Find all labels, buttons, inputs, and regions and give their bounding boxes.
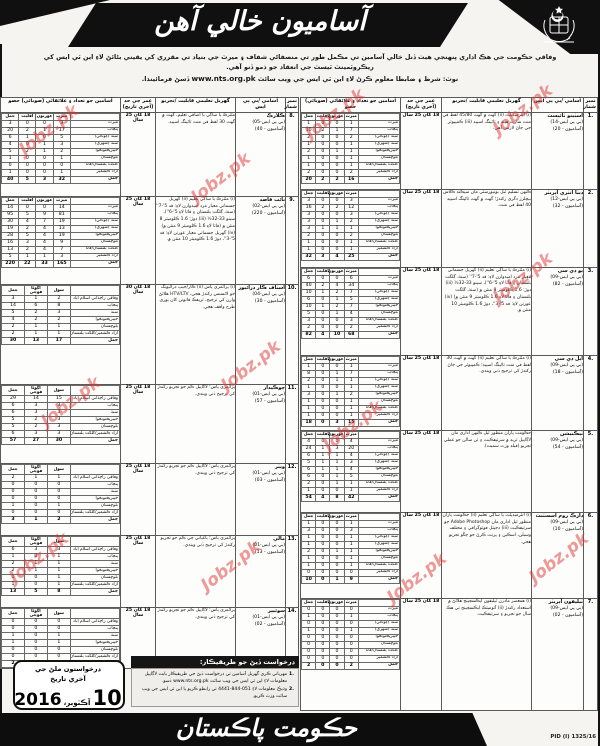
region-label-cell: ميرٽ [358,120,399,127]
intro-line-2: ريڪروٽمينٽ ٽيسٽ جي انعقاد جو ذمو ڏنو آهي… [8,62,592,72]
quota-value-cell: 14 [2,302,25,309]
quota-value-cell: 2 [53,148,70,155]
job-bps: (بي پي ايس-09) [532,438,583,445]
quota-column-header: عورتون [330,113,344,120]
quota-value-cell: 1 [330,127,344,134]
quota-value-cell: 2 [344,662,358,669]
quota-data-row: سنڌ (شهري)3104 [2,141,120,148]
quota-data-row: سنڌ (ڳوٺاڻي)2002 [302,134,400,141]
quota-data-row: خيبرپختونخوا194528 [2,232,120,239]
region-label-cell: سنڌ (شهري) [358,296,399,303]
quota-sub-table: ميرٽعورتوناقليتجملميرٽ140014پنجاب819595س… [1,197,120,268]
job-title: ايل ڊي سي [555,356,583,362]
job-posts: (آساميون - 82) [532,282,583,289]
qualification-cell: پرائمري پاس؛ باغباني جي ڪم جو تجربو رکند… [156,535,236,607]
quota-corner-cell [70,536,119,546]
quota-value-cell: 1 [24,567,47,574]
region-label-cell: بلوچستان [70,423,119,430]
quota-corner-cell [358,190,399,197]
region-label-cell: گلگت بلتستان/فاٽا [358,162,399,169]
quota-value-cell: 0 [2,509,25,516]
quota-value-cell: 5 [19,211,36,218]
region-label-cell: سنڌ [70,409,119,416]
quota-data-row: جمل8513 [2,588,120,595]
quota-value-cell: 2 [19,127,36,134]
quota-value-cell: 3 [47,430,70,437]
job-bps: (بي پي ايس-05) [236,120,285,127]
procedure-item: .1 مهرباني ڪري گهربل آسامين تي درخواست ڏ… [136,671,294,686]
quota-column-header: اقليت [316,431,330,438]
quota-value-cell: 0 [330,648,344,655]
serial-cell: 5. [584,430,598,512]
job-posts: (آساميون - 54) [532,445,583,452]
quota-value-cell: 1 [344,155,358,162]
quota-column-header: عورتون [36,113,53,120]
position-cell: ٽيليفون آپريٽر(بي پي ايس-09)(آساميون - 0… [532,598,584,710]
quota-data-row: آزاد ڪشمير1001 [302,412,400,419]
quota-value-cell: 5 [2,423,25,430]
quota-value-cell: 40 [2,176,19,183]
region-label-cell: آزاد ڪشمير/گلگت بلتستان [70,581,119,588]
quota-value-cell: 2 [24,309,47,316]
quota-value-cell: 3 [47,416,70,423]
quota-value-cell: 0 [2,488,25,495]
quota-value-cell: 1 [302,384,316,391]
job-entry-row: 12.ويٽر(بي پي ايس-01)(آساميون - 03)پرائم… [1,463,299,535]
quota-value-cell: 1 [302,155,316,162]
quota-value-cell: 3 [47,546,70,553]
serial-cell: 10. [286,284,299,384]
region-label-cell: خيبرپختونخوا [70,316,119,323]
quota-value-cell: 0 [19,155,36,162]
region-label-cell: جمل [70,437,119,444]
quota-value-cell: 2 [2,474,25,481]
quota-corner-cell [70,113,119,120]
position-cell: مالي(بي پي ايس-01)(آساميون - 13) [236,535,286,607]
quota-value-cell: 1 [24,516,47,523]
quota-sub-table: ميرٽعورتوناقليتجملميرٽ6006پنجاب344240سنڌ… [301,268,400,339]
quota-value-cell: 2 [2,323,25,330]
quota-sub-table: ميرٽعورتوناقليتجملميرٽ3003پنجاب171220سنڌ… [1,113,120,184]
quota-value-cell: 1 [47,474,70,481]
quota-corner-cell [70,285,119,295]
quota-value-cell: 2 [47,516,70,523]
quota-value-cell: 0 [2,495,25,502]
region-label-cell: سنڌ (ڳوٺاڻي) [358,289,399,296]
quota-data-row: آزاد ڪشمير3115 [2,253,120,260]
region-label-cell: سنڌ (ڳوٺاڻي) [358,134,399,141]
jobs-table-right: نمبر شمارآسامي /بي پي ايسگهربل تعليمي قا… [301,97,598,711]
quota-value-cell: 1 [2,632,25,639]
region-label-cell: وفاقي راڄڌاني اسلام آباد [70,295,119,302]
quota-header-row: ميرٽعورتوناقليتجمل [302,599,400,606]
job-bps: (بي پي ايس-04) [236,292,285,299]
column-header: آسامين جو تعداد ۽ علائقائي (صوبائي) حصو [1,98,121,113]
quota-data-row: پنجاب819595 [2,211,120,218]
procedure-body: .1 مهرباني ڪري گهربل آسامين تي درخواست ڏ… [131,668,299,707]
quota-value-cell: 4 [2,141,19,148]
quota-value-cell: 0 [316,634,330,641]
quota-value-cell: 0 [330,655,344,662]
quota-value-cell: 0 [316,218,330,225]
quota-data-row: سنڌ000 [2,488,120,495]
column-header: عمر جي حد (آخري تاريخ) [121,98,156,113]
quota-value-cell: 0 [302,655,316,662]
quota-value-cell: 1 [2,502,25,509]
region-label-cell: بلوچستان [358,155,399,162]
quota-value-cell: 0 [316,412,330,419]
region-label-cell: ميرٽ [358,438,399,445]
quota-value-cell: 2 [302,148,316,155]
quota-value-cell: 0 [330,555,344,562]
quota-value-cell: 20 [2,127,19,134]
quota-value-cell: 3 [2,120,19,127]
quota-value-cell: 10 [302,303,316,310]
quota-data-row: آزاد ڪشمير/گلگت بلتستان101 [2,581,120,588]
quota-value-cell: 1 [2,553,25,560]
quota-value-cell: 3 [24,430,47,437]
quota-data-row: گلگت بلتستان/فاٽا1001 [302,405,400,412]
quota-corner-cell [70,464,119,474]
quota-value-cell: 8 [330,494,344,501]
serial-cell: 9. [286,196,299,284]
quota-value-cell: 1 [316,445,330,452]
region-label-cell: آزاد ڪشمير [358,246,399,253]
job-entry-row: 1.اسٽينو ٽائپسٽ(بي پي ايس-14)(آساميون - … [301,112,598,189]
quota-data-row: ميرٽ0000 [302,606,400,613]
quota-data-row: سنڌ336 [2,409,120,416]
job-posts: (آساميون - 02) [236,622,285,629]
quota-data-row: پنجاب122216 [302,204,400,211]
quota-data-row: ميرٽ3003 [2,120,120,127]
quota-value-cell: 0 [24,481,47,488]
age-cell: 18 کان 25 سال [401,430,442,512]
quota-value-cell: 1 [53,155,70,162]
region-label-cell: ميرٽ [70,120,119,127]
quota-value-cell: 1 [344,384,358,391]
quota-value-cell: 0 [302,620,316,627]
quota-value-cell: 8 [47,302,70,309]
region-label-cell: گلگت بلتستان/فاٽا [358,648,399,655]
region-label-cell: بلوچستان [358,310,399,317]
job-entry-row: 13.مالي(بي پي ايس-01)(آساميون - 13)پرائم… [1,535,299,607]
region-label-cell: سنڌ (شهري) [70,141,119,148]
job-title: ٽيليفون آپريٽر [549,599,583,605]
position-cell: ٽيڪنيشن(بي پي ايس-09)(آساميون - 54) [532,430,584,512]
quota-column-header: سول [47,464,70,474]
quota-data-row: ميرٽ1001 [302,363,400,370]
region-label-cell: خيبرپختونخوا [70,639,119,646]
quota-value-cell: 1 [330,466,344,473]
region-label-cell: سنڌ [70,488,119,495]
quota-data-row: سنڌ (شهري)1001 [302,541,400,548]
serial-cell: 2. [584,189,598,267]
quota-value-cell: 1 [344,405,358,412]
quota-value-cell: 1 [344,141,358,148]
quota-value-cell: 2 [302,134,316,141]
position-cell: ويٽر(بي پي ايس-01)(آساميون - 03) [236,463,286,535]
position-cell: ايل ڊي سي(بي پي ايس-09)(آساميون - 18) [532,355,584,430]
quota-value-cell: 1 [302,162,316,169]
quota-value-cell: 13 [53,225,70,232]
quota-cell: ميرٽعورتوناقليتجملميرٽ0000پنجاب1001سنڌ (… [301,598,401,710]
quota-data-row: خيبرپختونخوا0000 [302,634,400,641]
quota-value-cell: 6 [302,275,316,282]
quota-header-row: ميرٽعورتوناقليتجمل [302,113,400,120]
quota-value-cell: 3 [19,239,36,246]
intro-line-1: وفاقي حڪومت جي هڪ اداري پنهنجي هيٺ ڏنل خ… [8,52,592,62]
quota-data-row: آزاد ڪشمير2002 [302,169,400,176]
quota-column-header: جمل [2,464,25,474]
region-label-cell: وفاقي راڄڌاني اسلام آباد [70,395,119,402]
quota-value-cell: 0 [344,606,358,613]
region-label-cell: خيبرپختونخوا [358,634,399,641]
quota-data-row: ميرٽ4004 [302,438,400,445]
quota-cell: ميرٽعورتوناقليتجملميرٽ4004پنجاب203124سنڌ… [301,430,401,512]
date-day: 10 [92,686,121,710]
quota-value-cell: 57 [2,437,25,444]
quota-data-row: ميرٽ1001 [302,520,400,527]
quota-data-row: پنجاب71210 [302,127,400,134]
column-header: نمبر شمار [286,98,299,113]
region-label-cell: پنجاب [70,553,119,560]
job-entry-row: 7.ٽيليفون آپريٽر(بي پي ايس-09)(آساميون -… [301,598,598,710]
quota-value-cell: 0 [316,534,330,541]
quota-data-row: پنجاب171220 [2,127,120,134]
quota-value-cell: 2 [316,127,330,134]
quota-value-cell: 0 [47,481,70,488]
quota-value-cell: 6 [302,296,316,303]
region-label-cell: خيبرپختونخوا [70,495,119,502]
age-cell: 18 کان 25 سال [401,189,442,267]
quota-value-cell: 1 [302,555,316,562]
quota-header-row: ميرٽعورتوناقليتجمل [302,513,400,520]
region-label-cell: جمل [358,576,399,583]
quota-value-cell: 0 [330,541,344,548]
quota-value-cell: 0 [24,581,47,588]
procedure-item-text: مهرباني ڪري گهربل آسامين تي درخواست ڏيڻ … [136,671,287,686]
quota-data-row: گلگت بلتستان/فاٽا3003 [302,317,400,324]
quota-value-cell: 6 [2,546,25,553]
quota-value-cell: 18 [302,419,316,426]
region-label-cell: پنجاب [70,302,119,309]
quota-value-cell: 82 [302,331,316,338]
quota-data-row: گلگت بلتستان/فاٽا1102 [302,480,400,487]
quota-value-cell: 30 [47,437,70,444]
quota-value-cell: 2 [302,324,316,331]
quota-value-cell: 2 [316,176,330,183]
quota-value-cell: 14 [24,395,47,402]
quota-data-row: آزاد ڪشمير/گلگت بلتستان000 [2,509,120,516]
quota-value-cell: 0 [24,553,47,560]
region-label-cell: وفاقي راڄڌاني اسلام آباد [70,474,119,481]
quota-value-cell: 1 [2,169,19,176]
quota-value-cell: 1 [344,480,358,487]
region-label-cell: سنڌ [70,632,119,639]
quota-value-cell: 10 [302,289,316,296]
quota-value-cell: 2 [302,232,316,239]
age-cell: 18 کان 25 سال [401,355,442,430]
quota-value-cell: 5 [2,148,19,155]
quota-value-cell: 0 [316,648,330,655]
quota-value-cell: 1 [36,253,53,260]
quota-value-cell: 14 [2,204,19,211]
pakistan-emblem-icon [536,4,582,54]
quota-value-cell: 0 [316,162,330,169]
quota-value-cell: 1 [330,452,344,459]
quota-value-cell: 1 [316,303,330,310]
quota-value-cell: 54 [302,494,316,501]
quota-value-cell: 16 [2,239,19,246]
quota-column-header: سول [47,536,70,546]
quota-value-cell: 5 [2,309,25,316]
quota-column-header: عورتون [330,431,344,438]
quota-value-cell: 20 [344,445,358,452]
region-label-cell: بلوچستان [70,239,119,246]
quota-value-cell: 40 [302,282,316,289]
region-label-cell: خيبرپختونخوا [70,148,119,155]
quota-value-cell: 3 [302,391,316,398]
region-label-cell: سنڌ (شهري) [358,141,399,148]
quota-value-cell: 22 [19,260,36,267]
last-date-label-1: درخواستون ملڻ جي [18,665,118,675]
quota-value-cell: 3 [330,419,344,426]
quota-value-cell: 12 [344,204,358,211]
quota-column-header: اڳوڻا فوجي [24,536,47,546]
region-label-cell: سنڌ (ڳوٺاڻي) [358,620,399,627]
column-header: عمر جي حد (آخري تاريخ) [401,98,442,113]
quota-value-cell: 4 [344,466,358,473]
quota-value-cell: 0 [330,627,344,634]
quota-value-cell: 0 [302,569,316,576]
region-label-cell: جمل [70,260,119,267]
quota-value-cell: 1 [47,639,70,646]
quota-data-row: پنجاب203124 [302,445,400,452]
quota-value-cell: 1 [344,520,358,527]
quota-value-cell: 0 [344,634,358,641]
quota-data-row: جمل213 [2,516,120,523]
quota-value-cell: 4 [19,218,36,225]
quota-value-cell: 1 [344,398,358,405]
quota-value-cell: 1 [344,412,358,419]
job-title: ويٽر [275,464,285,470]
quota-value-cell: 2 [24,423,47,430]
quota-value-cell: 1 [330,473,344,480]
position-cell: اسٽاف ڪار ڊرائيور(بي پي ايس-04)(آساميون … [236,284,286,384]
quota-value-cell: 1 [344,613,358,620]
quota-data-row: وفاقي راڄڌاني اسلام آباد213 [2,295,120,302]
quota-cell: ميرٽعورتوناقليتجملميرٽ140014پنجاب819595س… [1,196,121,284]
quota-value-cell: 3 [344,317,358,324]
quota-value-cell: 6 [2,430,25,437]
quota-value-cell: 0 [330,211,344,218]
quota-value-cell: 1 [344,627,358,634]
quota-data-row: خيبرپختونخوا112 [2,567,120,574]
job-entry-row: 9.نائب قاصد(بي پي ايس-02)(آساميون - 220)… [1,196,299,284]
region-label-cell: خيبرپختونخوا [358,391,399,398]
qualification-cell: ڪنهن تسليم ٿيل يونيورسٽي مان سيڪنڊ ڪلاس … [442,189,532,267]
quota-data-row: آزاد ڪشمير1001 [302,487,400,494]
region-label-cell: سنڌ [70,560,119,567]
quota-value-cell: 2 [19,148,36,155]
quota-value-cell: 0 [36,162,53,169]
quota-column-header: جمل [2,113,19,120]
quota-value-cell: 34 [344,282,358,289]
quota-value-cell: 1 [53,169,70,176]
region-label-cell: سنڌ (ڳوٺاڻي) [358,211,399,218]
qualification-cell: (i) مئٽرڪ يا ساڳي تعليم (ii) گهربل جسمان… [442,267,532,355]
quota-sub-table: ميرٽعورتوناقليتجملميرٽ0000پنجاب1001سنڌ (… [301,599,400,670]
quota-value-cell: 1 [316,466,330,473]
quota-value-cell: 7 [344,370,358,377]
quota-data-row: جمل2002 [302,662,400,669]
quota-cell: ميرٽعورتوناقليتجملميرٽ6006پنجاب344240سنڌ… [301,267,401,355]
quota-value-cell: 0 [316,246,330,253]
quota-value-cell: 165 [53,260,70,267]
region-label-cell: ميرٽ [70,204,119,211]
quota-value-cell: 7 [344,303,358,310]
quota-value-cell: 1 [24,295,47,302]
quota-data-row: آزاد ڪشمير1001 [2,169,120,176]
region-label-cell: آزاد ڪشمير [358,169,399,176]
quota-value-cell: 0 [344,648,358,655]
quota-value-cell: 0 [2,646,25,653]
region-label-cell: گلگت بلتستان/فاٽا [70,246,119,253]
quota-data-row: گلگت بلتستان/فاٽا1001 [302,562,400,569]
quota-value-cell: 0 [316,370,330,377]
quota-data-row: آزاد ڪشمير/گلگت بلتستان112 [2,330,120,337]
quota-value-cell: 30 [2,218,19,225]
quota-column-header: سول [47,285,70,295]
quota-value-cell: 1 [302,141,316,148]
job-bps: (بي پي ايس-12) [532,197,583,204]
job-title: سوئيپر [268,608,285,614]
job-title: ڪلارڪ [267,113,285,119]
quota-column-header: عورتون [330,190,344,197]
intro-note: نوٽ: شرط ۽ ضابطا معلوم ڪرڻ لاءِ اين ٽي ا… [8,73,592,85]
quota-value-cell: 0 [19,169,36,176]
quota-sub-table: سولاڳوڻا فوجيجملوفاقي راڄڌاني اسلام آباد… [1,464,120,524]
quota-column-header: جمل [302,599,316,606]
quota-value-cell: 0 [53,162,70,169]
region-label-cell: ميرٽ [358,363,399,370]
quota-value-cell: 5 [344,473,358,480]
qualification-cell: مئٽرڪ يا ساڳي يا اضافي تعليم، گهٽ ۾ گهٽ … [156,112,236,196]
quota-value-cell: 1 [344,541,358,548]
quota-data-row: بلوچستان000 [2,646,120,653]
quota-value-cell: 5 [19,232,36,239]
quota-column-header: جمل [2,385,25,395]
quota-value-cell: 1 [302,562,316,569]
quota-value-cell: 25 [344,253,358,260]
quota-data-row: آزاد ڪشمير/گلگت بلتستان336 [2,430,120,437]
quota-value-cell: 1 [330,296,344,303]
quota-value-cell: 220 [2,260,19,267]
quota-value-cell: 0 [316,239,330,246]
region-label-cell: خيبرپختونخوا [70,416,119,423]
region-label-cell: پنجاب [70,481,119,488]
region-label-cell: جمل [358,331,399,338]
quota-value-cell: 1 [330,218,344,225]
region-label-cell: جمل [70,516,119,523]
quota-value-cell: 2 [316,204,330,211]
region-label-cell: جمل [358,662,399,669]
quota-value-cell: 0 [24,618,47,625]
quota-value-cell: 0 [330,162,344,169]
quota-value-cell: 1 [47,581,70,588]
quota-value-cell: 1 [47,323,70,330]
quota-value-cell: 1 [2,155,19,162]
